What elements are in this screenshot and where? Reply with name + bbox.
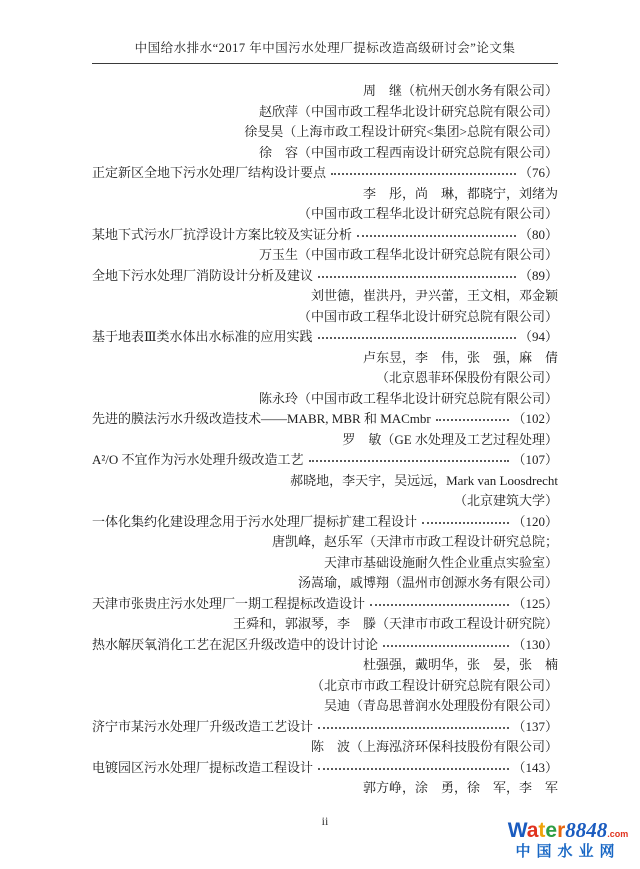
toc-title-line: 基于地表Ⅲ类水体出水标准的应用实践（94） (92, 327, 558, 348)
dot-leader (318, 276, 516, 278)
entry-page-number: （130） (512, 635, 558, 656)
dot-leader (383, 645, 509, 647)
entry-page-number: （94） (519, 327, 558, 348)
toc-title-line: 一体化集约化建设理念用于污水处理厂提标扩建工程设计（120） (92, 512, 558, 533)
watermark-letter: a (527, 819, 539, 842)
toc-author-line: 天津市基础设施耐久性企业重点实验室） (92, 553, 558, 574)
watermark-number: 8848 (565, 818, 607, 842)
toc-author-line: （北京市市政工程设计研究总院有限公司） (92, 676, 558, 697)
toc-author-line: 罗 敏（GE 水处理及工艺过程处理） (92, 430, 558, 451)
entry-page-number: （120） (512, 512, 558, 533)
toc-author-line: 陈永玲（中国市政工程华北设计研究总院有限公司） (92, 389, 558, 410)
dot-leader (318, 337, 516, 339)
watermark-logo: Water8848.com 中国水业网 (502, 819, 634, 860)
entry-title: 全地下污水处理厂消防设计分析及建议 (92, 266, 313, 287)
toc-author-line: （中国市政工程华北设计研究总院有限公司） (92, 307, 558, 328)
entry-title: 热水解厌氧消化工艺在泥区升级改造中的设计讨论 (92, 635, 378, 656)
dot-leader (370, 604, 509, 606)
toc-title-line: 济宁市某污水处理厂升级改造工艺设计（137） (92, 717, 558, 738)
document-page: 中国给水排水“2017 年中国污水处理厂提标改造高级研讨会”论文集 周 继（杭州… (0, 0, 640, 869)
entry-title: 正定新区全地下污水处理厂结构设计要点 (92, 163, 326, 184)
toc-author-line: 杜强强，戴明华，张 晏，张 楠 (92, 655, 558, 676)
toc-author-line: 万玉生（中国市政工程华北设计研究总院有限公司） (92, 245, 558, 266)
toc-title-line: 正定新区全地下污水处理厂结构设计要点（76） (92, 163, 558, 184)
entry-title: 基于地表Ⅲ类水体出水标准的应用实践 (92, 327, 313, 348)
watermark-subtitle: 中国水业网 (502, 844, 634, 860)
toc-title-line: 天津市张贵庄污水处理厂一期工程提标改造设计（125） (92, 594, 558, 615)
header-divider (92, 63, 558, 64)
toc-title-line: 热水解厌氧消化工艺在泥区升级改造中的设计讨论（130） (92, 635, 558, 656)
dot-leader (436, 419, 510, 421)
toc-title-line: 先进的膜法污水升级改造技术——MABR, MBR 和 MACmbr（102） (92, 409, 558, 430)
toc-author-line: （北京恩菲环保股份有限公司） (92, 368, 558, 389)
entry-page-number: （107） (512, 450, 558, 471)
entry-title: 先进的膜法污水升级改造技术——MABR, MBR 和 MACmbr (92, 409, 431, 430)
toc-author-line: 吴迪（青岛思普润水处理股份有限公司） (92, 696, 558, 717)
toc-title-line: 全地下污水处理厂消防设计分析及建议（89） (92, 266, 558, 287)
watermark-letter: e (545, 819, 557, 842)
watermark-domain-suffix: .com (607, 829, 628, 839)
entry-title: 济宁市某污水处理厂升级改造工艺设计 (92, 717, 313, 738)
entry-page-number: （143） (512, 758, 558, 779)
toc-author-line: 唐凯峰，赵乐军（天津市市政工程设计研究总院； (92, 532, 558, 553)
toc-title-line: A²/O 不宜作为污水处理升级改造工艺（107） (92, 450, 558, 471)
entry-page-number: （89） (519, 266, 558, 287)
toc-author-line: 卢东昱，李 伟，张 强，麻 倩 (92, 348, 558, 369)
footer-page-number: ii (92, 814, 558, 829)
dot-leader (309, 460, 510, 462)
toc-author-line: 郝晓地，李天宇，吴远远，Mark van Loosdrecht (92, 471, 558, 492)
toc-title-line: 电镀园区污水处理厂提标改造工程设计（143） (92, 758, 558, 779)
toc-lines: 周 继（杭州天创水务有限公司）赵欣萍（中国市政工程华北设计研究总院有限公司）徐旻… (92, 81, 558, 799)
toc-author-line: 李 彤，尚 琳，都晓宁，刘绪为 (92, 184, 558, 205)
entry-page-number: （76） (519, 163, 558, 184)
toc-author-line: 赵欣萍（中国市政工程华北设计研究总院有限公司） (92, 102, 558, 123)
toc-title-line: 某地下式污水厂抗浮设计方案比较及实证分析（80） (92, 225, 558, 246)
watermark-word: Water (508, 819, 566, 842)
toc-author-line: 陈 波（上海泓济环保科技股份有限公司） (92, 737, 558, 758)
watermark-wordmark: Water8848.com (502, 819, 634, 842)
toc-author-line: 汤嵩瑜，戚博翔（温州市创源水务有限公司） (92, 573, 558, 594)
entry-title: 一体化集约化建设理念用于污水处理厂提标扩建工程设计 (92, 512, 417, 533)
entry-page-number: （137） (512, 717, 558, 738)
toc-author-line: （中国市政工程华北设计研究总院有限公司） (92, 204, 558, 225)
toc-author-line: 徐旻昊（上海市政工程设计研究<集团>总院有限公司） (92, 122, 558, 143)
entry-title: 电镀园区污水处理厂提标改造工程设计 (92, 758, 313, 779)
page-header-title: 中国给水排水“2017 年中国污水处理厂提标改造高级研讨会”论文集 (92, 38, 558, 56)
dot-leader (331, 173, 516, 175)
toc-author-line: 郭方峥，涂 勇，徐 军，李 军 (92, 778, 558, 799)
entry-title: 某地下式污水厂抗浮设计方案比较及实证分析 (92, 225, 352, 246)
toc-author-line: （北京建筑大学） (92, 491, 558, 512)
dot-leader (318, 727, 509, 729)
entry-page-number: （102） (512, 409, 558, 430)
toc-author-line: 周 继（杭州天创水务有限公司） (92, 81, 558, 102)
dot-leader (357, 235, 516, 237)
entry-title: A²/O 不宜作为污水处理升级改造工艺 (92, 450, 304, 471)
toc-author-line: 王舜和，郭淑琴，李 滕（天津市市政工程设计研究院） (92, 614, 558, 635)
entry-title: 天津市张贵庄污水处理厂一期工程提标改造设计 (92, 594, 365, 615)
entry-page-number: （125） (512, 594, 558, 615)
toc-author-line: 刘世德，崔洪丹，尹兴蕾，王文相，邓金颖 (92, 286, 558, 307)
dot-leader (318, 768, 509, 770)
dot-leader (422, 522, 509, 524)
toc-author-line: 徐 容（中国市政工程西南设计研究总院有限公司） (92, 143, 558, 164)
watermark-letter: W (508, 819, 527, 842)
entry-page-number: （80） (519, 225, 558, 246)
